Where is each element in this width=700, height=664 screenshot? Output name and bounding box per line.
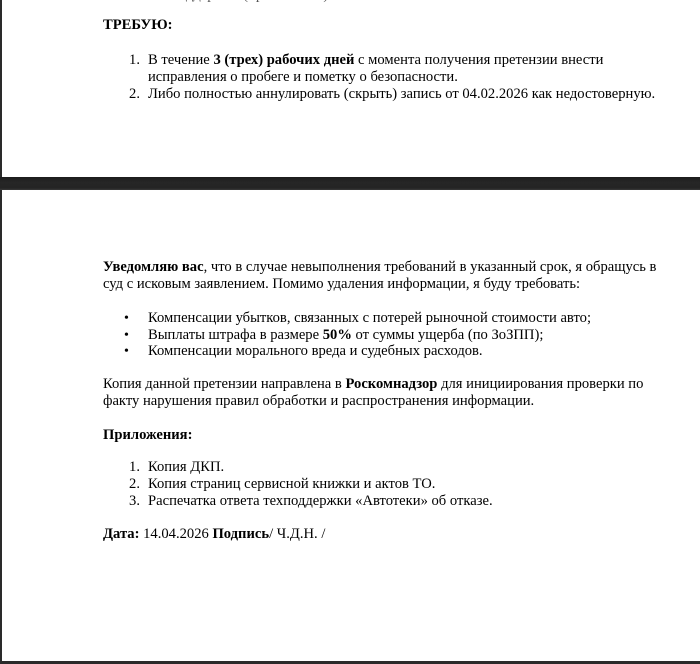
notice-emphasis: Уведомляю вас <box>103 259 204 275</box>
demand-number: 2. <box>120 86 140 103</box>
bullet-icon: • <box>124 310 129 327</box>
notice-paragraph: Уведомляю вас, что в случае невыполнения… <box>103 259 656 276</box>
bullet-icon: • <box>124 327 129 344</box>
signature-value: / Ч.Д.Н. / <box>269 526 325 542</box>
date-value: 14.04.2026 <box>139 526 212 542</box>
copy-note-paragraph-line-2: факту нарушения правил обработки и распр… <box>103 393 534 410</box>
demand-item-1: В течение 3 (трех) рабочих дней с момент… <box>148 52 603 69</box>
signature-label: Подпись <box>212 526 269 542</box>
deadline-emphasis: 3 (трех) рабочих дней <box>213 52 354 68</box>
signature-line: Дата: 14.04.2026 Подпись/ Ч.Д.Н. / <box>103 526 325 543</box>
attachments-heading: Приложения: <box>103 427 192 444</box>
penalty-percent: 50% <box>323 327 352 343</box>
attachment-number: 2. <box>120 476 140 493</box>
attachment-item-1: Копия ДКП. <box>148 459 224 476</box>
copy-note-paragraph: Копия данной претензии направлена в Роск… <box>103 376 643 393</box>
claim-item-1: Компенсации убытков, связанных с потерей… <box>148 310 591 327</box>
attachment-number: 3. <box>120 493 140 510</box>
notice-paragraph-line-2: суд с исковым заявлением. Помимо удалени… <box>103 276 580 293</box>
bullet-icon: • <box>124 343 129 360</box>
claim-item-3: Компенсации морального вреда и судебных … <box>148 343 483 360</box>
demand-number: 1. <box>120 52 140 69</box>
regulator-name: Роскомнадзор <box>345 376 437 392</box>
attachment-item-3: Распечатка ответа техподдержки «Автотеки… <box>148 493 493 510</box>
date-label: Дата: <box>103 526 139 542</box>
previous-line-fragment: и ответ техподдержки (прилагается). <box>103 0 332 4</box>
demand-item-2: Либо полностью аннулировать (скрыть) зап… <box>148 86 655 103</box>
attachment-item-2: Копия страниц сервисной книжки и актов Т… <box>148 476 435 493</box>
document-viewer: и ответ техподдержки (прилагается). ТРЕБ… <box>0 0 700 664</box>
demands-heading: ТРЕБУЮ: <box>103 17 173 34</box>
attachment-number: 1. <box>120 459 140 476</box>
demand-item-1-line-2: исправления о пробеге и пометку о безопа… <box>148 69 458 86</box>
claim-item-2: Выплаты штрафа в размере 50% от суммы ущ… <box>148 327 543 344</box>
page-separator <box>0 177 700 190</box>
page-2: Уведомляю вас, что в случае невыполнения… <box>2 190 700 661</box>
page-1: и ответ техподдержки (прилагается). ТРЕБ… <box>2 0 700 177</box>
